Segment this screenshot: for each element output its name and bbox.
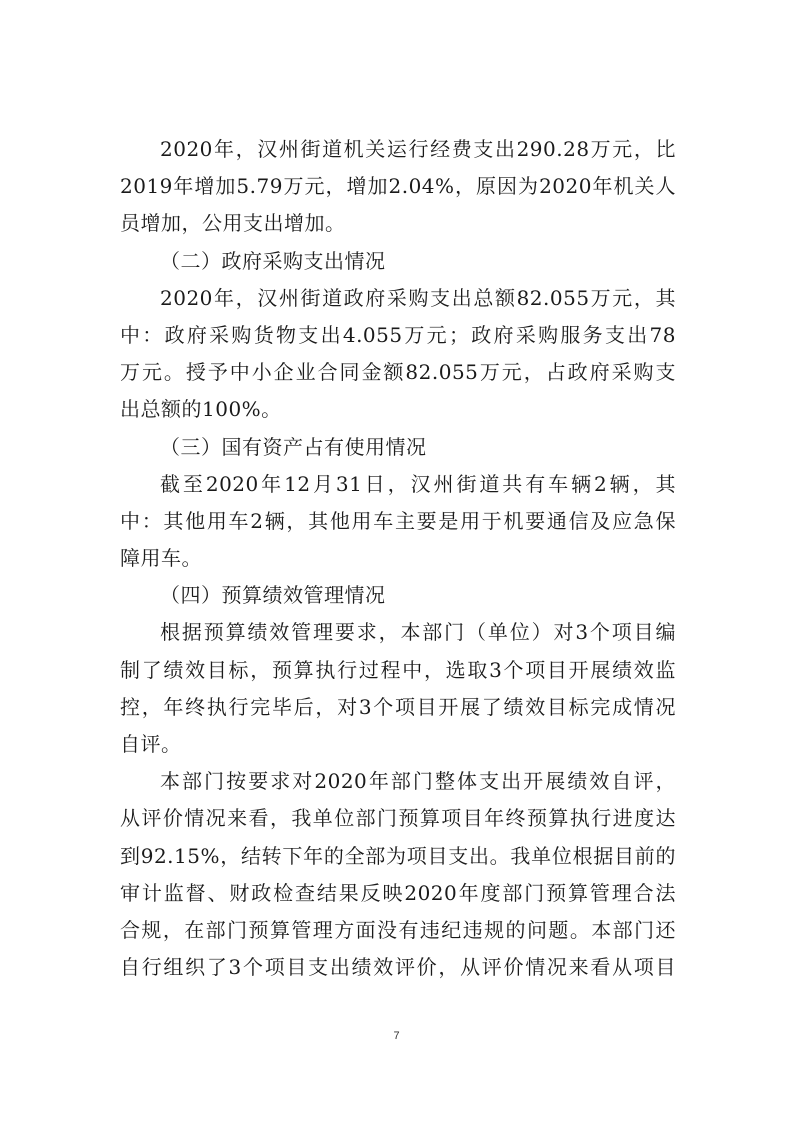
text-line: 控，年终执行完毕后，对3个项目开展了绩效目标完成情况 [120, 689, 676, 726]
section-heading-performance: （四）预算绩效管理情况 [120, 577, 676, 614]
text-line: 到92.15%，结转下年的全部为项目支出。我单位根据目前的 [120, 838, 676, 875]
text-line: 2020年，汉州街道政府采购支出总额82.055万元，其 [120, 280, 676, 317]
text-line: 根据预算绩效管理要求，本部门（单位）对3个项目编 [120, 614, 676, 651]
text-line: 中：政府采购货物支出4.055万元；政府采购服务支出78 [120, 317, 676, 354]
text-line: 本部门按要求对2020年部门整体支出开展绩效自评， [120, 763, 676, 800]
page-number: 7 [0, 1030, 793, 1042]
text-line: 自行组织了3个项目支出绩效评价，从评价情况来看从项目 [120, 949, 676, 986]
document-page: 2020年，汉州街道机关运行经费支出290.28万元，比 2019年增加5.79… [120, 131, 676, 986]
section-heading-state-assets: （三）国有资产占有使用情况 [120, 429, 676, 466]
text-line: 2019年增加5.79万元，增加2.04%，原因为2020年机关人 [120, 168, 676, 205]
text-line: 截至2020年12月31日，汉州街道共有车辆2辆，其 [120, 466, 676, 503]
paragraph-self-evaluation: 本部门按要求对2020年部门整体支出开展绩效自评， 从评价情况来看，我单位部门预… [120, 763, 676, 986]
text-line: 制了绩效目标，预算执行过程中，选取3个项目开展绩效监 [120, 652, 676, 689]
text-line: 万元。授予中小企业合同金额82.055万元，占政府采购支 [120, 354, 676, 391]
text-line: 合规，在部门预算管理方面没有违纪违规的问题。本部门还 [120, 912, 676, 949]
paragraph-procurement: 2020年，汉州街道政府采购支出总额82.055万元，其 中：政府采购货物支出4… [120, 280, 676, 429]
text-line: 出总额的100%。 [120, 391, 676, 428]
text-line: 从评价情况来看，我单位部门预算项目年终预算执行进度达 [120, 800, 676, 837]
text-line: 障用车。 [120, 540, 676, 577]
section-heading-procurement: （二）政府采购支出情况 [120, 243, 676, 280]
paragraph-operating-expenses: 2020年，汉州街道机关运行经费支出290.28万元，比 2019年增加5.79… [120, 131, 676, 243]
paragraph-state-assets: 截至2020年12月31日，汉州街道共有车辆2辆，其 中：其他用车2辆，其他用车… [120, 466, 676, 578]
text-line: 中：其他用车2辆，其他用车主要是用于机要通信及应急保 [120, 503, 676, 540]
text-line: 自评。 [120, 726, 676, 763]
text-line: 2020年，汉州街道机关运行经费支出290.28万元，比 [120, 131, 676, 168]
text-line: 审计监督、财政检查结果反映2020年度部门预算管理合法 [120, 875, 676, 912]
text-line: 员增加，公用支出增加。 [120, 205, 676, 242]
paragraph-performance-targets: 根据预算绩效管理要求，本部门（单位）对3个项目编 制了绩效目标，预算执行过程中，… [120, 614, 676, 763]
